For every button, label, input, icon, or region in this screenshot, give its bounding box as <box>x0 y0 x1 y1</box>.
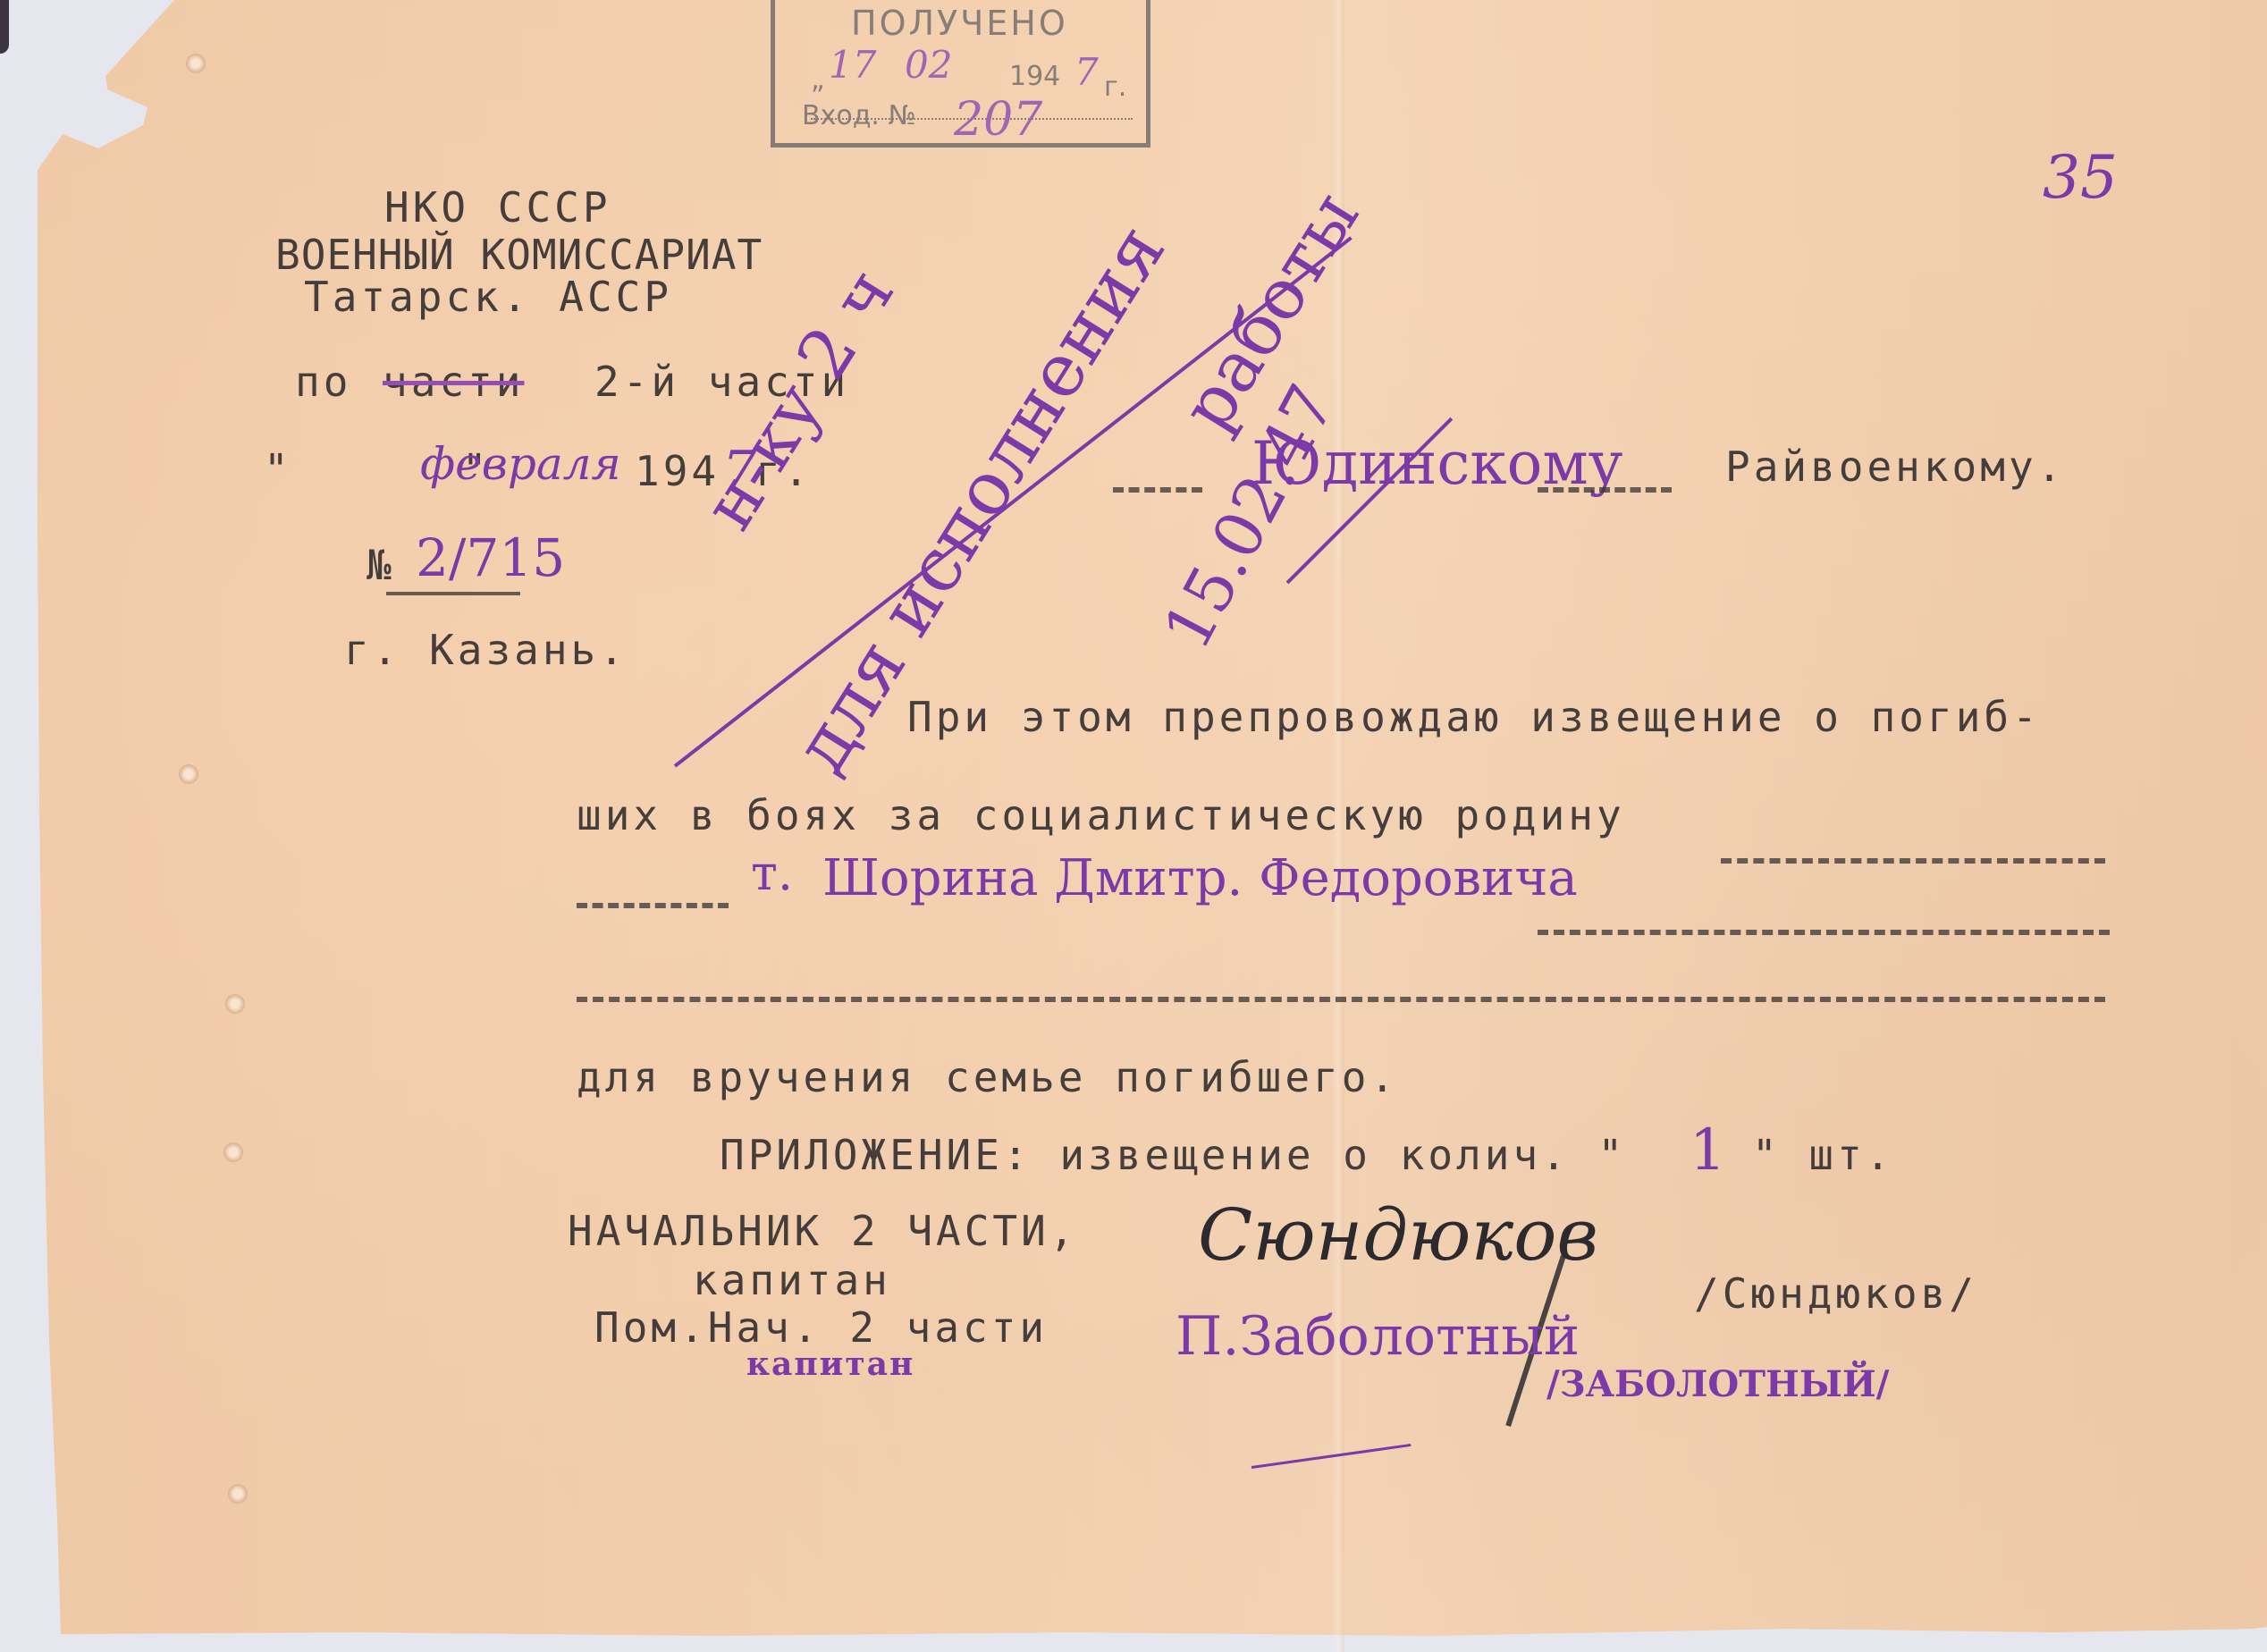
department-prefix: по <box>295 358 351 406</box>
signer2-name-stamp: /ЗАБОЛОТНЫЙ/ <box>1546 1363 1889 1405</box>
deceased-name-hand: Шорина Дмитр. Федоровича <box>822 849 1578 907</box>
binding-hole <box>225 994 245 1014</box>
stamp-year-suffix: г. <box>1104 72 1126 103</box>
stamp-year-hand: 7 <box>1075 50 1099 94</box>
fill-dashes-3 <box>577 997 2105 1002</box>
letterhead-line1: НКО СССР <box>384 183 611 232</box>
binding-hole <box>228 1484 248 1504</box>
signature2-hand: П.Заболотный <box>1176 1305 1580 1368</box>
stamp-date-month: 02 <box>905 43 952 87</box>
outgoing-number-hand: 2/715 <box>416 527 565 588</box>
city: г. Казань. <box>344 626 628 674</box>
fill-dashes-1 <box>1721 858 2105 864</box>
body-para1-line1: При этом препровождаю извещение о погиб- <box>907 693 2041 741</box>
date-month-hand: февраля <box>420 438 621 490</box>
department-struck: части <box>383 358 524 406</box>
number-underline <box>386 592 520 595</box>
addressee-dashes-left <box>1113 487 1202 493</box>
deceased-name-prefix: т. <box>751 845 793 901</box>
letterhead-line3: Татарск. АССР <box>304 273 672 321</box>
archive-page-number: 35 <box>2043 143 2118 212</box>
received-stamp: ПОЛУЧЕНО „ 17 02 194 7 г. Вход. № 207 <box>771 0 1150 147</box>
fill-dashes-2a <box>577 903 729 908</box>
stamp-entry-number: 207 <box>954 93 1042 147</box>
letterhead-line2: ВОЕННЫЙ КОМИССАРИАТ <box>275 231 763 279</box>
scanner-frame-edge <box>0 0 9 54</box>
signer2-rank-stamp: капитан <box>746 1345 914 1383</box>
binding-hole <box>186 54 206 73</box>
signer2-title: Пом.Нач. 2 части <box>594 1303 1048 1352</box>
attachment-suffix: " шт. <box>1752 1131 1893 1179</box>
stamp-title: ПОЛУЧЕНО <box>851 4 1068 43</box>
signer1-rank: капитан <box>693 1256 891 1304</box>
body-para1-line2: ших в боях за социалистическую родину <box>577 791 1625 839</box>
outgoing-number-prefix: № <box>367 541 395 589</box>
fill-dashes-2b <box>1538 930 2110 935</box>
body-para2: для вручения семье погибшего. <box>577 1053 1398 1101</box>
stamp-year-printed: 194 <box>1009 61 1060 92</box>
stamp-entry-label: Вход. № <box>802 100 916 131</box>
addressee-dashes-right <box>1538 487 1672 493</box>
signer1-title: НАЧАЛЬНИК 2 ЧАСТИ, <box>568 1207 1078 1255</box>
signature1-hand: Сюндюков <box>1198 1193 1598 1277</box>
stamp-quote: „ <box>811 64 825 96</box>
binding-hole <box>179 764 198 784</box>
attachment-label: ПРИЛОЖЕНИЕ: извещение о колич. " <box>720 1131 1626 1179</box>
attachment-count: 1 <box>1690 1117 1726 1184</box>
stamp-date-day: 17 <box>829 43 876 87</box>
binding-hole <box>223 1142 243 1162</box>
addressee-typed: Райвоенкому. <box>1725 442 2065 491</box>
signer1-name-typed: /Сюндюков/ <box>1694 1269 1977 1318</box>
